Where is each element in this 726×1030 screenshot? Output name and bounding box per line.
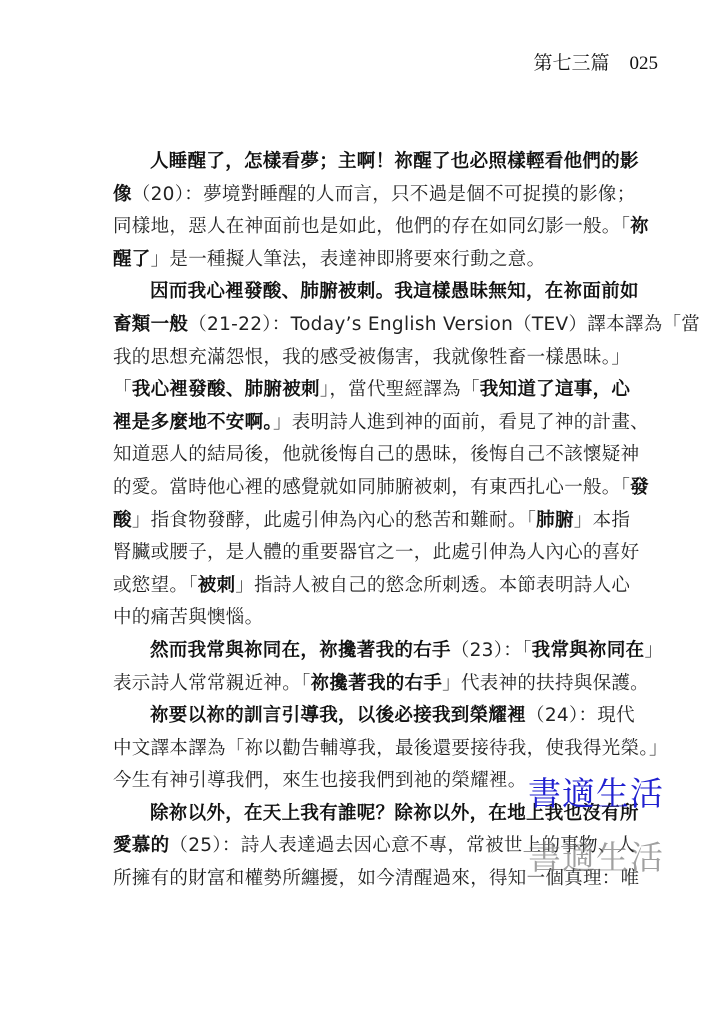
text-line: 中文譯本譯為「祢以勸告輔導我，最後還要接待我，使我得光榮。」	[113, 733, 629, 766]
text-line: 畜類一般（21-22）：Today’s English Version（TEV）…	[113, 309, 629, 342]
text-line: 醒了」是一種擬人筆法，表達神即將要來行動之意。	[113, 244, 629, 277]
text-line: 腎臟或腰子，是人體的重要器官之一，此處引伸為人內心的喜好	[113, 537, 629, 570]
scripture-quote: 愛慕的	[113, 835, 169, 856]
text-line: 同樣地，惡人在神面前也是如此，他們的存在如同幻影一般。「祢	[113, 211, 629, 244]
scripture-quote: 醒了	[113, 249, 151, 270]
running-header: 第七三篇 025	[533, 48, 658, 75]
commentary-text: （24）：現代	[526, 705, 635, 726]
text-line: 中的痛苦與懊惱。	[113, 602, 629, 635]
text-line: 知道惡人的結局後，他就後悔自己的愚昧，後悔自己不該懷疑神	[113, 439, 629, 472]
watermark-secondary: 書適生活	[528, 832, 664, 879]
commentary-text: 」代表神的扶持與保護。	[442, 673, 649, 694]
text-line: 像（20）：夢境對睡醒的人而言，只不過是個不可捉摸的影像；	[113, 179, 629, 212]
scripture-quote: 被刺	[198, 575, 236, 596]
scripture-quote: 祢攙著我的右手	[311, 673, 443, 694]
commentary-text: 腎臟或腰子，是人體的重要器官之一，此處引伸為人內心的喜好	[113, 542, 639, 563]
commentary-text: （23）：「	[451, 640, 532, 661]
scripture-quote: 我常與祢同在	[532, 640, 645, 661]
scripture-quote: 祢	[630, 216, 649, 237]
scripture-quote: 畜類一般	[113, 314, 188, 335]
commentary-text: 的愛。當時他心裡的感覺就如同肺腑被刺，有東西扎心一般。「	[113, 477, 630, 498]
scripture-quote: 肺腑	[536, 510, 574, 531]
text-line: 表示詩人常常親近神。「祢攙著我的右手」代表神的扶持與保護。	[113, 668, 629, 701]
scripture-quote: 因而我心裡發酸、肺腑被刺。我這樣愚昧無知，在祢面前如	[150, 281, 639, 302]
chapter-title: 第七三篇	[533, 48, 609, 75]
commentary-text: （21-22）：Today’s English Version（TEV）譯本譯為…	[188, 314, 700, 335]
commentary-text: 今生有神引導我們，來生也接我們到祂的榮耀裡。	[113, 770, 527, 791]
paragraph: 因而我心裡發酸、肺腑被刺。我這樣愚昧無知，在祢面前如畜類一般（21-22）：To…	[113, 276, 629, 635]
commentary-text: 我的思想充滿怨恨，我的感受被傷害，我就像牲畜一樣愚昧。」	[113, 347, 630, 368]
scripture-quote: 然而我常與祢同在，祢攙著我的右手	[150, 640, 451, 661]
text-line: 酸」指食物發酵，此處引伸為內心的愁苦和難耐。「肺腑」本指	[113, 505, 629, 538]
commentary-text: 中文譯本譯為「祢以勸告輔導我，最後還要接待我，使我得光榮。」	[113, 738, 668, 759]
commentary-text: 」指食物發酵，此處引伸為內心的愁苦和難耐。「	[132, 510, 536, 531]
commentary-text: 」本指	[574, 510, 630, 531]
commentary-text: 或慾望。「	[113, 575, 198, 596]
text-line: 祢要以祢的訓言引導我，以後必接我到榮耀裡（24）：現代	[113, 700, 629, 733]
text-line: 或慾望。「被刺」指詩人被自己的慾念所刺透。本節表明詩人心	[113, 570, 629, 603]
scripture-quote: 酸	[113, 510, 132, 531]
page-number: 025	[630, 53, 659, 75]
paragraph: 然而我常與祢同在，祢攙著我的右手（23）：「我常與祢同在」表示詩人常常親近神。「…	[113, 635, 629, 700]
paragraph: 人睡醒了，怎樣看夢；主啊！祢醒了也必照樣輕看他們的影像（20）：夢境對睡醒的人而…	[113, 146, 629, 276]
watermark-primary: 書適生活	[528, 768, 664, 815]
text-line: 然而我常與祢同在，祢攙著我的右手（23）：「我常與祢同在」	[113, 635, 629, 668]
scripture-quote: 我心裡發酸、肺腑被刺	[132, 379, 320, 400]
text-line: 「我心裡發酸、肺腑被刺」，當代聖經譯為「我知道了這事，心	[113, 374, 629, 407]
scripture-quote: 人睡醒了，怎樣看夢；主啊！祢醒了也必照樣輕看他們的影	[150, 151, 639, 172]
commentary-text: 表示詩人常常親近神。「	[113, 673, 311, 694]
scripture-quote: 像	[113, 184, 132, 205]
commentary-text: 」是一種擬人筆法，表達神即將要來行動之意。	[151, 249, 546, 270]
text-line: 裡是多麼地不安啊。」表明詩人進到神的面前，看見了神的計畫、	[113, 407, 629, 440]
commentary-text: （20）：夢境對睡醒的人而言，只不過是個不可捉摸的影像；	[132, 184, 636, 205]
scripture-quote: 祢要以祢的訓言引導我，以後必接我到榮耀裡	[150, 705, 526, 726]
text-line: 我的思想充滿怨恨，我的感受被傷害，我就像牲畜一樣愚昧。」	[113, 342, 629, 375]
text-line: 人睡醒了，怎樣看夢；主啊！祢醒了也必照樣輕看他們的影	[113, 146, 629, 179]
scripture-quote: 我知道了這事，心	[480, 379, 630, 400]
commentary-text: 」	[644, 640, 663, 661]
commentary-text: 同樣地，惡人在神面前也是如此，他們的存在如同幻影一般。「	[113, 216, 630, 237]
commentary-text: 」表明詩人進到神的面前，看見了神的計畫、	[273, 412, 649, 433]
text-line: 的愛。當時他心裡的感覺就如同肺腑被刺，有東西扎心一般。「發	[113, 472, 629, 505]
commentary-text: 」，當代聖經譯為「	[320, 379, 480, 400]
commentary-text: 中的痛苦與懊惱。	[113, 607, 263, 628]
commentary-text: 知道惡人的結局後，他就後悔自己的愚昧，後悔自己不該懷疑神	[113, 444, 639, 465]
scripture-quote: 發	[630, 477, 649, 498]
text-line: 因而我心裡發酸、肺腑被刺。我這樣愚昧無知，在祢面前如	[113, 276, 629, 309]
commentary-text: 「	[113, 379, 132, 400]
commentary-text: 」指詩人被自己的慾念所刺透。本節表明詩人心	[235, 575, 630, 596]
scripture-quote: 裡是多麼地不安啊。	[113, 412, 273, 433]
